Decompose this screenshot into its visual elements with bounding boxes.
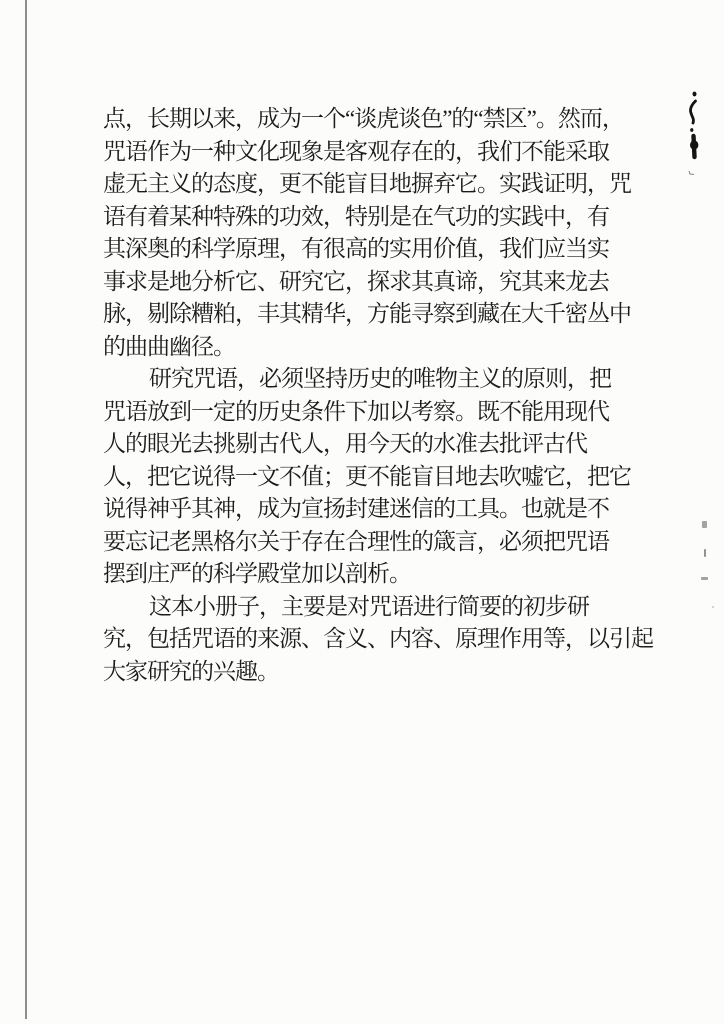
ink-smudge xyxy=(686,90,702,178)
paper-speck xyxy=(701,577,708,580)
text-line: 说得神乎其神，成为宣扬封建迷信的工具。也就是不 xyxy=(103,493,643,526)
text-line: 事求是地分析它、研究它，探求其真谛，究其来龙去 xyxy=(103,266,643,299)
paper-speck xyxy=(702,521,707,528)
paragraph-2: 研究咒语，必须坚持历史的唯物主义的原则，把 咒语放到一定的历史条件下加以考察。既… xyxy=(103,363,643,591)
left-margin-rule xyxy=(25,0,27,1019)
scanned-page: 点，长期以来，成为一个“谈虎谈色”的“禁区”。然而， 咒语作为一种文化现象是客观… xyxy=(0,0,724,1024)
text-line: 要忘记老黑格尔关于存在合理性的箴言，必须把咒语 xyxy=(103,526,643,559)
paper-speck xyxy=(704,549,706,557)
text-line: 究，包括咒语的来源、含义、内容、原理作用等，以引起 xyxy=(103,623,643,656)
paragraph-3: 这本小册子，主要是对咒语进行简要的初步研 究，包括咒语的来源、含义、内容、原理作… xyxy=(103,591,643,689)
text-line: 点，长期以来，成为一个“谈虎谈色”的“禁区”。然而， xyxy=(103,103,643,136)
text-line: 人的眼光去挑剔古代人，用今天的水准去批评古代 xyxy=(103,428,643,461)
paragraph-1: 点，长期以来，成为一个“谈虎谈色”的“禁区”。然而， 咒语作为一种文化现象是客观… xyxy=(103,103,643,363)
text-line: 其深奥的科学原理，有很高的实用价值，我们应当实 xyxy=(103,233,643,266)
text-line: 脉，剔除糟粕，丰其精华，方能寻察到藏在大千密丛中 xyxy=(103,298,643,331)
text-line: 研究咒语，必须坚持历史的唯物主义的原则，把 xyxy=(103,363,643,396)
text-line: 的曲曲幽径。 xyxy=(103,331,643,364)
text-line: 咒语作为一种文化现象是客观存在的，我们不能采取 xyxy=(103,136,643,169)
paper-speck xyxy=(712,606,714,608)
text-line: 咒语放到一定的历史条件下加以考察。既不能用现代 xyxy=(103,396,643,429)
text-line: 摆到庄严的科学殿堂加以剖析。 xyxy=(103,558,643,591)
text-line: 语有着某种特殊的功效，特别是在气功的实践中，有 xyxy=(103,201,643,234)
text-line: 这本小册子，主要是对咒语进行简要的初步研 xyxy=(103,591,643,624)
text-line: 大家研究的兴趣。 xyxy=(103,656,643,689)
text-line: 虚无主义的态度，更不能盲目地摒弃它。实践证明，咒 xyxy=(103,168,643,201)
text-line: 人，把它说得一文不值；更不能盲目地去吹嘘它，把它 xyxy=(103,461,643,494)
body-text: 点，长期以来，成为一个“谈虎谈色”的“禁区”。然而， 咒语作为一种文化现象是客观… xyxy=(103,103,643,688)
